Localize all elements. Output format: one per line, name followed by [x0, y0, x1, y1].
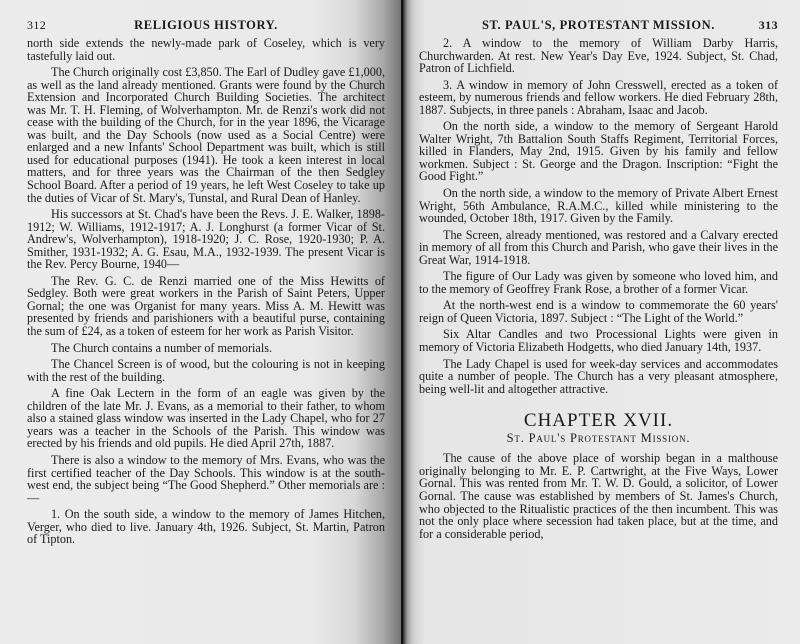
paragraph: On the north side, a window to the memor…	[419, 120, 778, 183]
left-body-text: north side extends the newly-made park o…	[27, 37, 385, 546]
paragraph: The Screen, already mentioned, was resto…	[419, 229, 778, 267]
left-running-head: 312 RELIGIOUS HISTORY.	[27, 18, 385, 33]
paragraph: The Church contains a number of memorial…	[27, 342, 385, 355]
paragraph: 2. A window to the memory of William Dar…	[419, 37, 778, 75]
paragraph: The cause of the above place of worship …	[419, 452, 778, 540]
paragraph: There is also a window to the memory of …	[27, 454, 385, 504]
book-spine	[401, 0, 403, 644]
book-spread: 312 RELIGIOUS HISTORY. north side extend…	[0, 0, 800, 644]
paragraph: On the north side, a window to the memor…	[419, 187, 778, 225]
left-page: 312 RELIGIOUS HISTORY. north side extend…	[0, 0, 403, 644]
right-running-title: ST. PAUL'S, PROTESTANT MISSION.	[482, 18, 715, 33]
left-running-title: RELIGIOUS HISTORY.	[134, 18, 278, 33]
paragraph: The Lady Chapel is used for week-day ser…	[419, 358, 778, 396]
chapter-subheading: St. Paul's Protestant Mission.	[419, 432, 778, 445]
right-page: ST. PAUL'S, PROTESTANT MISSION. 313 2. A…	[403, 0, 800, 644]
paragraph: Six Altar Candles and two Processional L…	[419, 328, 778, 353]
right-page-number: 313	[748, 18, 778, 33]
paragraph: The Rev. G. C. de Renzi married one of t…	[27, 275, 385, 338]
paragraph: The Chancel Screen is of wood, but the c…	[27, 358, 385, 383]
right-running-head: ST. PAUL'S, PROTESTANT MISSION. 313	[419, 18, 778, 33]
right-body-text: 2. A window to the memory of William Dar…	[419, 37, 778, 540]
left-page-number: 312	[27, 18, 67, 33]
paragraph: 1. On the south side, a window to the me…	[27, 508, 385, 546]
paragraph: At the north-west end is a window to com…	[419, 299, 778, 324]
paragraph: A fine Oak Lectern in the form of an eag…	[27, 387, 385, 450]
paragraph: His successors at St. Chad's have been t…	[27, 208, 385, 271]
paragraph: 3. A window in memory of John Cresswell,…	[419, 79, 778, 117]
chapter-heading: CHAPTER XVII.	[419, 415, 778, 428]
paragraph: The figure of Our Lady was given by some…	[419, 270, 778, 295]
paragraph: The Church originally cost £3,850. The E…	[27, 66, 385, 204]
paragraph: north side extends the newly-made park o…	[27, 37, 385, 62]
